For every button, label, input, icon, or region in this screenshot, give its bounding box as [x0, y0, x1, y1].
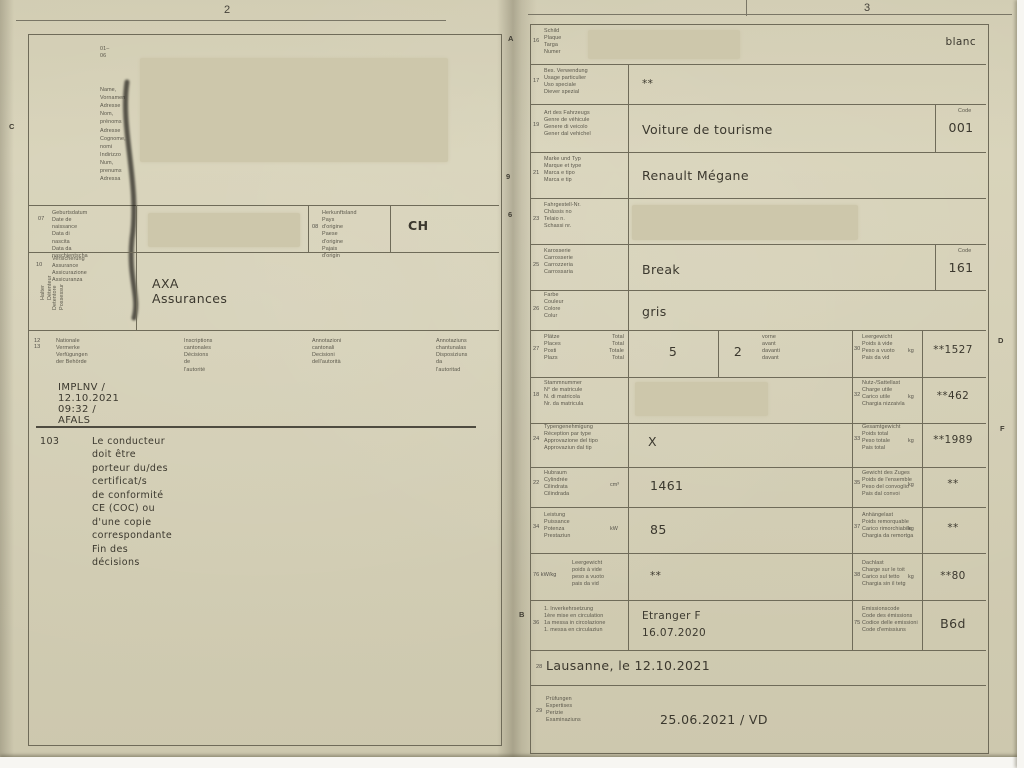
insurance-field-label: Versicherung Assurance Assicurazione Ass… [52, 256, 87, 285]
roof-load-unit: kg [908, 574, 914, 580]
total-weight-label: Gesamtgewicht Poids total Peso totale Pa… [862, 424, 900, 453]
registration-log-line: IMPLNV / 12.10.2021 09:32 / AFALS [58, 382, 119, 426]
power-weight-label: Leergewicht poids à vide peso a vuoto pa… [572, 560, 604, 589]
left-edge-shadow [0, 0, 14, 768]
total-weight-unit: kg [908, 438, 914, 444]
displacement-value: 1461 [650, 478, 683, 493]
birth-field-number: 07 [38, 216, 44, 222]
power-weight-number: 76 kW/kg [533, 572, 556, 578]
row-border [531, 152, 986, 153]
total-weight-value: **1989 [922, 434, 984, 446]
plate-number: 16 [533, 38, 539, 44]
margin-marker-a: A [508, 34, 513, 43]
empty-weight-label: Leergewicht Poids à vide Peso a vuoto Pa… [862, 334, 895, 363]
color-value: gris [642, 304, 667, 319]
decision-number: 103 [40, 436, 59, 447]
first-registration-value: Etranger F 16.07.2020 [642, 608, 706, 642]
scan-right-margin [1017, 0, 1024, 768]
annotations-header-col1: Nationale Vermerke Verfügungen der Behör… [56, 338, 88, 367]
left-page-number: 2 [224, 4, 230, 16]
make-value: Renault Mégane [642, 168, 749, 183]
train-weight-value: ** [922, 478, 984, 490]
edge-marker-d: D [998, 336, 1003, 345]
displacement-label: Hubraum Cylindrée Cilindrata Cilindrada [544, 470, 569, 499]
decision-text: Le conducteur doit être porteur du/des c… [92, 435, 172, 570]
edge-marker-f: F [1000, 424, 1005, 433]
origin-value-cell-border [390, 205, 391, 252]
usage-value: ** [642, 78, 653, 90]
first-registration-label: 1. Inverkehrsetzung 1ère mise en circula… [544, 606, 605, 635]
origin-cell-left-border [308, 205, 309, 252]
row-border [531, 198, 986, 199]
inspection-label: Prüfungen Expertises Perizie Examinaziun… [546, 696, 581, 725]
trailer-load-value: ** [922, 522, 984, 534]
payload-value: **462 [922, 390, 984, 402]
roof-load-number: 38 [854, 572, 860, 578]
seats-front-value: 2 [718, 344, 758, 359]
row-border [531, 330, 986, 331]
displacement-unit: cm³ [610, 482, 619, 488]
body-code-label: Code [958, 248, 971, 255]
trailer-load-label: Anhängelast Poids remorquable Carico rim… [862, 512, 913, 541]
inspection-value: 25.06.2021 / VD [660, 712, 768, 727]
displacement-number: 22 [533, 480, 539, 486]
annotations-header-col3: Annotazioni cantonali Decisioni dell'aut… [312, 338, 341, 367]
emission-code-number: 75 [854, 620, 860, 626]
body-number: 25 [533, 262, 539, 268]
margin-marker-b: B [519, 610, 524, 619]
left-page-top-edge [16, 20, 446, 21]
origin-field-label: Herkunftsland Pays d'origine Paese d'ori… [322, 210, 357, 260]
emission-code-value: B6d [922, 616, 984, 631]
roof-load-label: Dachlast Charge sur le toit Carico sul t… [862, 560, 906, 589]
empty-weight-value: **1527 [922, 344, 984, 356]
row-border [531, 600, 986, 601]
annotations-field-numbers: 12 13 [34, 338, 40, 350]
right-page-top-edge [528, 14, 1012, 15]
payload-label: Nutz-/Sattellast Charge utile Carico uti… [862, 380, 905, 409]
vehicle-type-code-label: Code [958, 108, 971, 115]
row-border [531, 64, 986, 65]
chassis-number: 23 [533, 216, 539, 222]
margin-marker-9: 9 [506, 172, 510, 181]
serial-label: Stammnummer N° de matricule N. di matric… [544, 380, 583, 409]
right-page: 16 Schild Plaque Targa Numer blanc 17 Be… [530, 24, 990, 755]
row-border [531, 553, 986, 554]
total-weight-number: 33 [854, 436, 860, 442]
row-border [531, 377, 986, 378]
type-approval-number: 24 [533, 436, 539, 442]
seats-number: 27 [533, 346, 539, 352]
annotations-header-col2: Inscriptions cantonales Décisions de l'a… [184, 338, 212, 374]
right-page-number: 3 [864, 2, 870, 14]
serial-number: 18 [533, 392, 539, 398]
left-edge-letter: C [9, 122, 14, 131]
emission-code-label: Emissionscode Code des émissions Codice … [862, 606, 918, 635]
seats-label: Plätze Places Posti Plazs [544, 334, 561, 363]
chassis-label: Fahrgestell-Nr. Châssis no Telaio n. Sch… [544, 202, 581, 231]
make-label: Marke und Typ Marque et type Marca e tip… [544, 156, 581, 185]
power-value: 85 [650, 522, 667, 537]
vehicle-type-value: Voiture de tourisme [642, 122, 773, 137]
vehicle-type-number: 19 [533, 122, 539, 128]
row-border [531, 423, 986, 424]
body-code: 161 [935, 260, 987, 275]
trailer-load-unit: kg [908, 526, 914, 532]
right-value-divider [922, 330, 923, 650]
row-border [531, 650, 986, 651]
body-label: Karosserie Carrosserie Carrozzeria Carro… [544, 248, 573, 277]
row-border [531, 467, 986, 468]
row-border [531, 507, 986, 508]
power-number: 34 [533, 524, 539, 530]
vehicle-type-label: Art des Fahrzeugs Genre de véhicule Gene… [544, 110, 591, 139]
scan-bottom-margin [0, 757, 1024, 768]
serial-redaction-box [635, 382, 768, 416]
power-weight-value: ** [650, 570, 661, 582]
body-value: Break [642, 262, 680, 277]
empty-weight-unit: kg [908, 348, 914, 354]
seats-sublabel: Total Total Totale Total [590, 334, 624, 363]
decision-separator-line [36, 426, 476, 428]
train-weight-label: Gewicht des Zuges Poids de l'ensemble Pe… [862, 470, 912, 499]
trailer-load-number: 37 [854, 524, 860, 530]
insurance-value: AXA Assurances [152, 276, 227, 306]
make-number: 21 [533, 170, 539, 176]
color-label: Farbe Couleur Colore Colur [544, 292, 564, 321]
usage-label: Bes. Verwendung Usage particulier Uso sp… [544, 68, 588, 97]
seats-front-label: vorne avant davanti davant [762, 334, 780, 363]
first-registration-number: 36 [533, 620, 539, 626]
color-number: 26 [533, 306, 539, 312]
power-unit: kW [610, 526, 618, 532]
right-column-divider [852, 330, 853, 650]
origin-field-number: 08 [312, 224, 318, 230]
row-border [531, 104, 986, 105]
birth-field-label: Geburtsdatum Date de naissance Data di n… [52, 210, 88, 260]
label-column-divider-left [136, 205, 137, 330]
vehicle-type-code: 001 [935, 120, 987, 135]
type-approval-label: Typengenehmigung Réception par type Appr… [544, 424, 598, 453]
row-border [531, 290, 986, 291]
annotations-header-col4: Annotaziuns chantunalas Disposiziuns da … [436, 338, 467, 374]
plate-redaction-box [588, 30, 740, 59]
chassis-redaction-box [632, 205, 858, 240]
train-weight-number: 35 [854, 480, 860, 486]
power-label: Leistung Puissance Potenza Prestaziun [544, 512, 570, 541]
payload-unit: kg [908, 394, 914, 400]
plate-label: Schild Plaque Targa Numer [544, 28, 561, 57]
inspection-number: 29 [536, 708, 542, 714]
payload-number: 32 [854, 392, 860, 398]
train-weight-unit: kg [908, 482, 914, 488]
origin-value: CH [408, 218, 428, 233]
insurance-row-bottom-border [29, 330, 499, 331]
plate-color-value: blanc [910, 36, 976, 48]
place-date-value: Lausanne, le 12.10.2021 [546, 658, 710, 673]
row-border [531, 685, 986, 686]
place-date-number: 28 [536, 664, 542, 670]
scanned-vehicle-registration: 2 C 01–06 Name, Vornamen Adresse Nom, pr… [0, 0, 1024, 768]
usage-number: 17 [533, 78, 539, 84]
empty-weight-number: 30 [854, 346, 860, 352]
seats-total-value: 5 [628, 344, 718, 359]
roof-load-value: **80 [922, 570, 984, 582]
birth-redaction-box [148, 213, 300, 247]
type-approval-value: X [648, 434, 657, 449]
row-border [531, 244, 986, 245]
insurance-field-number: 10 [36, 262, 42, 268]
birth-row-bottom-border [29, 252, 499, 253]
margin-marker-6: 6 [508, 210, 512, 219]
